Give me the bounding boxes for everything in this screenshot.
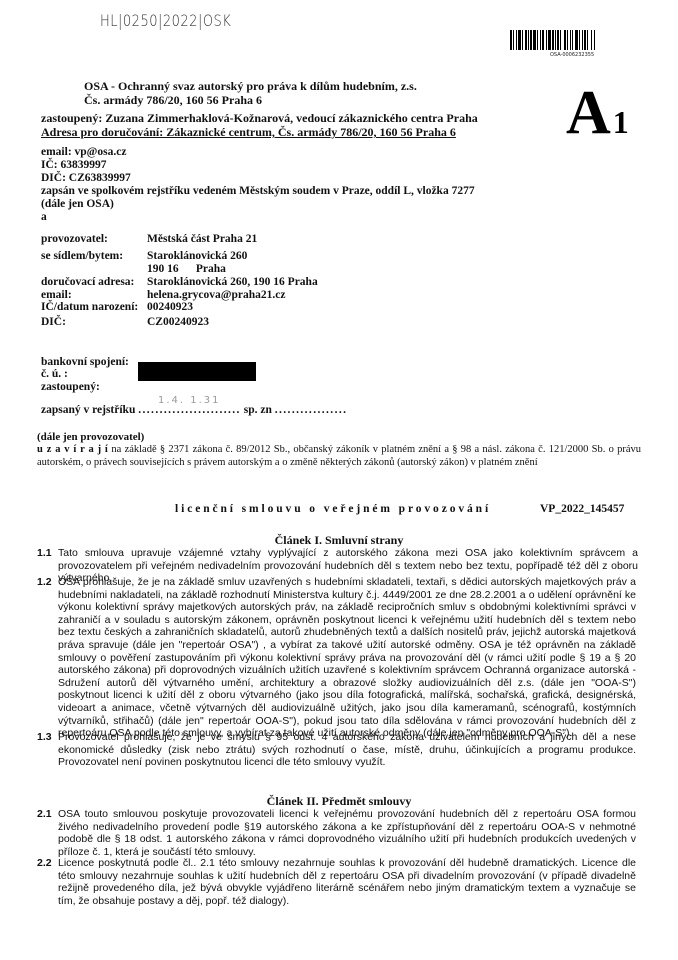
osa-dic: DIČ: CZ63839997 (41, 172, 131, 185)
barcode (510, 30, 650, 50)
form-code-number: 1 (613, 104, 629, 140)
form-code: A1 (566, 82, 629, 153)
contract-title: licenční smlouvu o veřejném provozování (175, 503, 491, 515)
operator-field-label: DIČ: (41, 316, 66, 329)
operator-field-label: IČ/datum narození: (41, 301, 138, 314)
operator-field-label: doručovací adresa: (41, 276, 134, 289)
form-code-letter: A (566, 79, 611, 147)
contract-number: VP_2022_145457 (540, 503, 624, 515)
operator-field-label: se sídlem/bytem: (41, 250, 123, 263)
paragraph-text: Licence poskytnutá podle čl.. 2.1 této s… (58, 857, 636, 907)
paragraph-number: 1.1 (37, 547, 52, 559)
registry-label: zapsaný v rejstříku (41, 404, 135, 416)
paragraph-text: Provozovatel prohlašuje, že je ve smyslu… (58, 731, 636, 769)
handwritten-reference: HL|0250|2022|OSK (100, 12, 231, 31)
conclude-paragraph: u z a v í r a j í na základě § 2371 záko… (37, 444, 641, 469)
file-no-label: sp. zn (244, 404, 272, 416)
osa-email: email: vp@osa.cz (41, 146, 126, 159)
operator-field-label: provozovatel: (41, 233, 108, 246)
operator-alias: (dále jen provozovatel) (37, 431, 144, 444)
osa-registry: zapsán ve spolkovém rejstříku vedeném Mě… (41, 185, 475, 198)
osa-represented-by: zastoupený: Zuzana Zimmerhaklová-Kožnaro… (41, 111, 478, 125)
osa-address: Čs. armády 786/20, 160 56 Praha 6 (84, 93, 262, 107)
operator-field-value: Staroklánovická 260 (147, 250, 247, 263)
file-no-dots: ................. (275, 404, 348, 416)
paragraph-number: 2.1 (37, 808, 52, 820)
barcode-label: OSA-0006232355 (550, 52, 594, 58)
barcode-bar (595, 30, 596, 50)
operator-field-value: Městská část Praha 21 (147, 233, 257, 246)
operator-field-label: zastoupený: (41, 381, 100, 394)
operator-field-value: Staroklánovická 260, 190 16 Praha (147, 276, 318, 289)
paragraph-number: 1.3 (37, 731, 52, 743)
paragraph-text: OSA touto smlouvou poskytuje provozovate… (58, 808, 636, 858)
conclude-text: na základě § 2371 zákona č. 89/2012 Sb.,… (37, 444, 641, 468)
operator-field-value: 00240923 (147, 301, 193, 314)
paragraph-text: OSA prohlašuje, že je na základě smluv u… (58, 576, 636, 740)
registry-line: zapsaný v rejstříku ....................… (41, 404, 347, 417)
registry-dots: ........................ (138, 404, 241, 416)
osa-delivery-address: Adresa pro doručování: Zákaznické centru… (41, 125, 456, 139)
article-heading: Článek II. Předmět smlouvy (0, 794, 678, 809)
paragraph-number: 2.2 (37, 857, 52, 869)
osa-alias: (dále jen OSA) (41, 198, 114, 211)
article-heading: Článek I. Smluvní strany (0, 533, 678, 548)
paragraph-number: 1.2 (37, 576, 52, 588)
conclude-keyword: u z a v í r a j í (37, 444, 108, 455)
osa-ic: IČ: 63839997 (41, 159, 107, 172)
operator-field-label: č. ú. : (41, 368, 68, 381)
operator-field-value: 190 16 Praha (147, 263, 226, 276)
osa-name: OSA - Ochranný svaz autorský pro práva k… (84, 79, 417, 93)
osa-and: a (41, 211, 47, 224)
operator-field-value: CZ00240923 (147, 316, 209, 329)
redacted-bank-account (138, 362, 256, 381)
